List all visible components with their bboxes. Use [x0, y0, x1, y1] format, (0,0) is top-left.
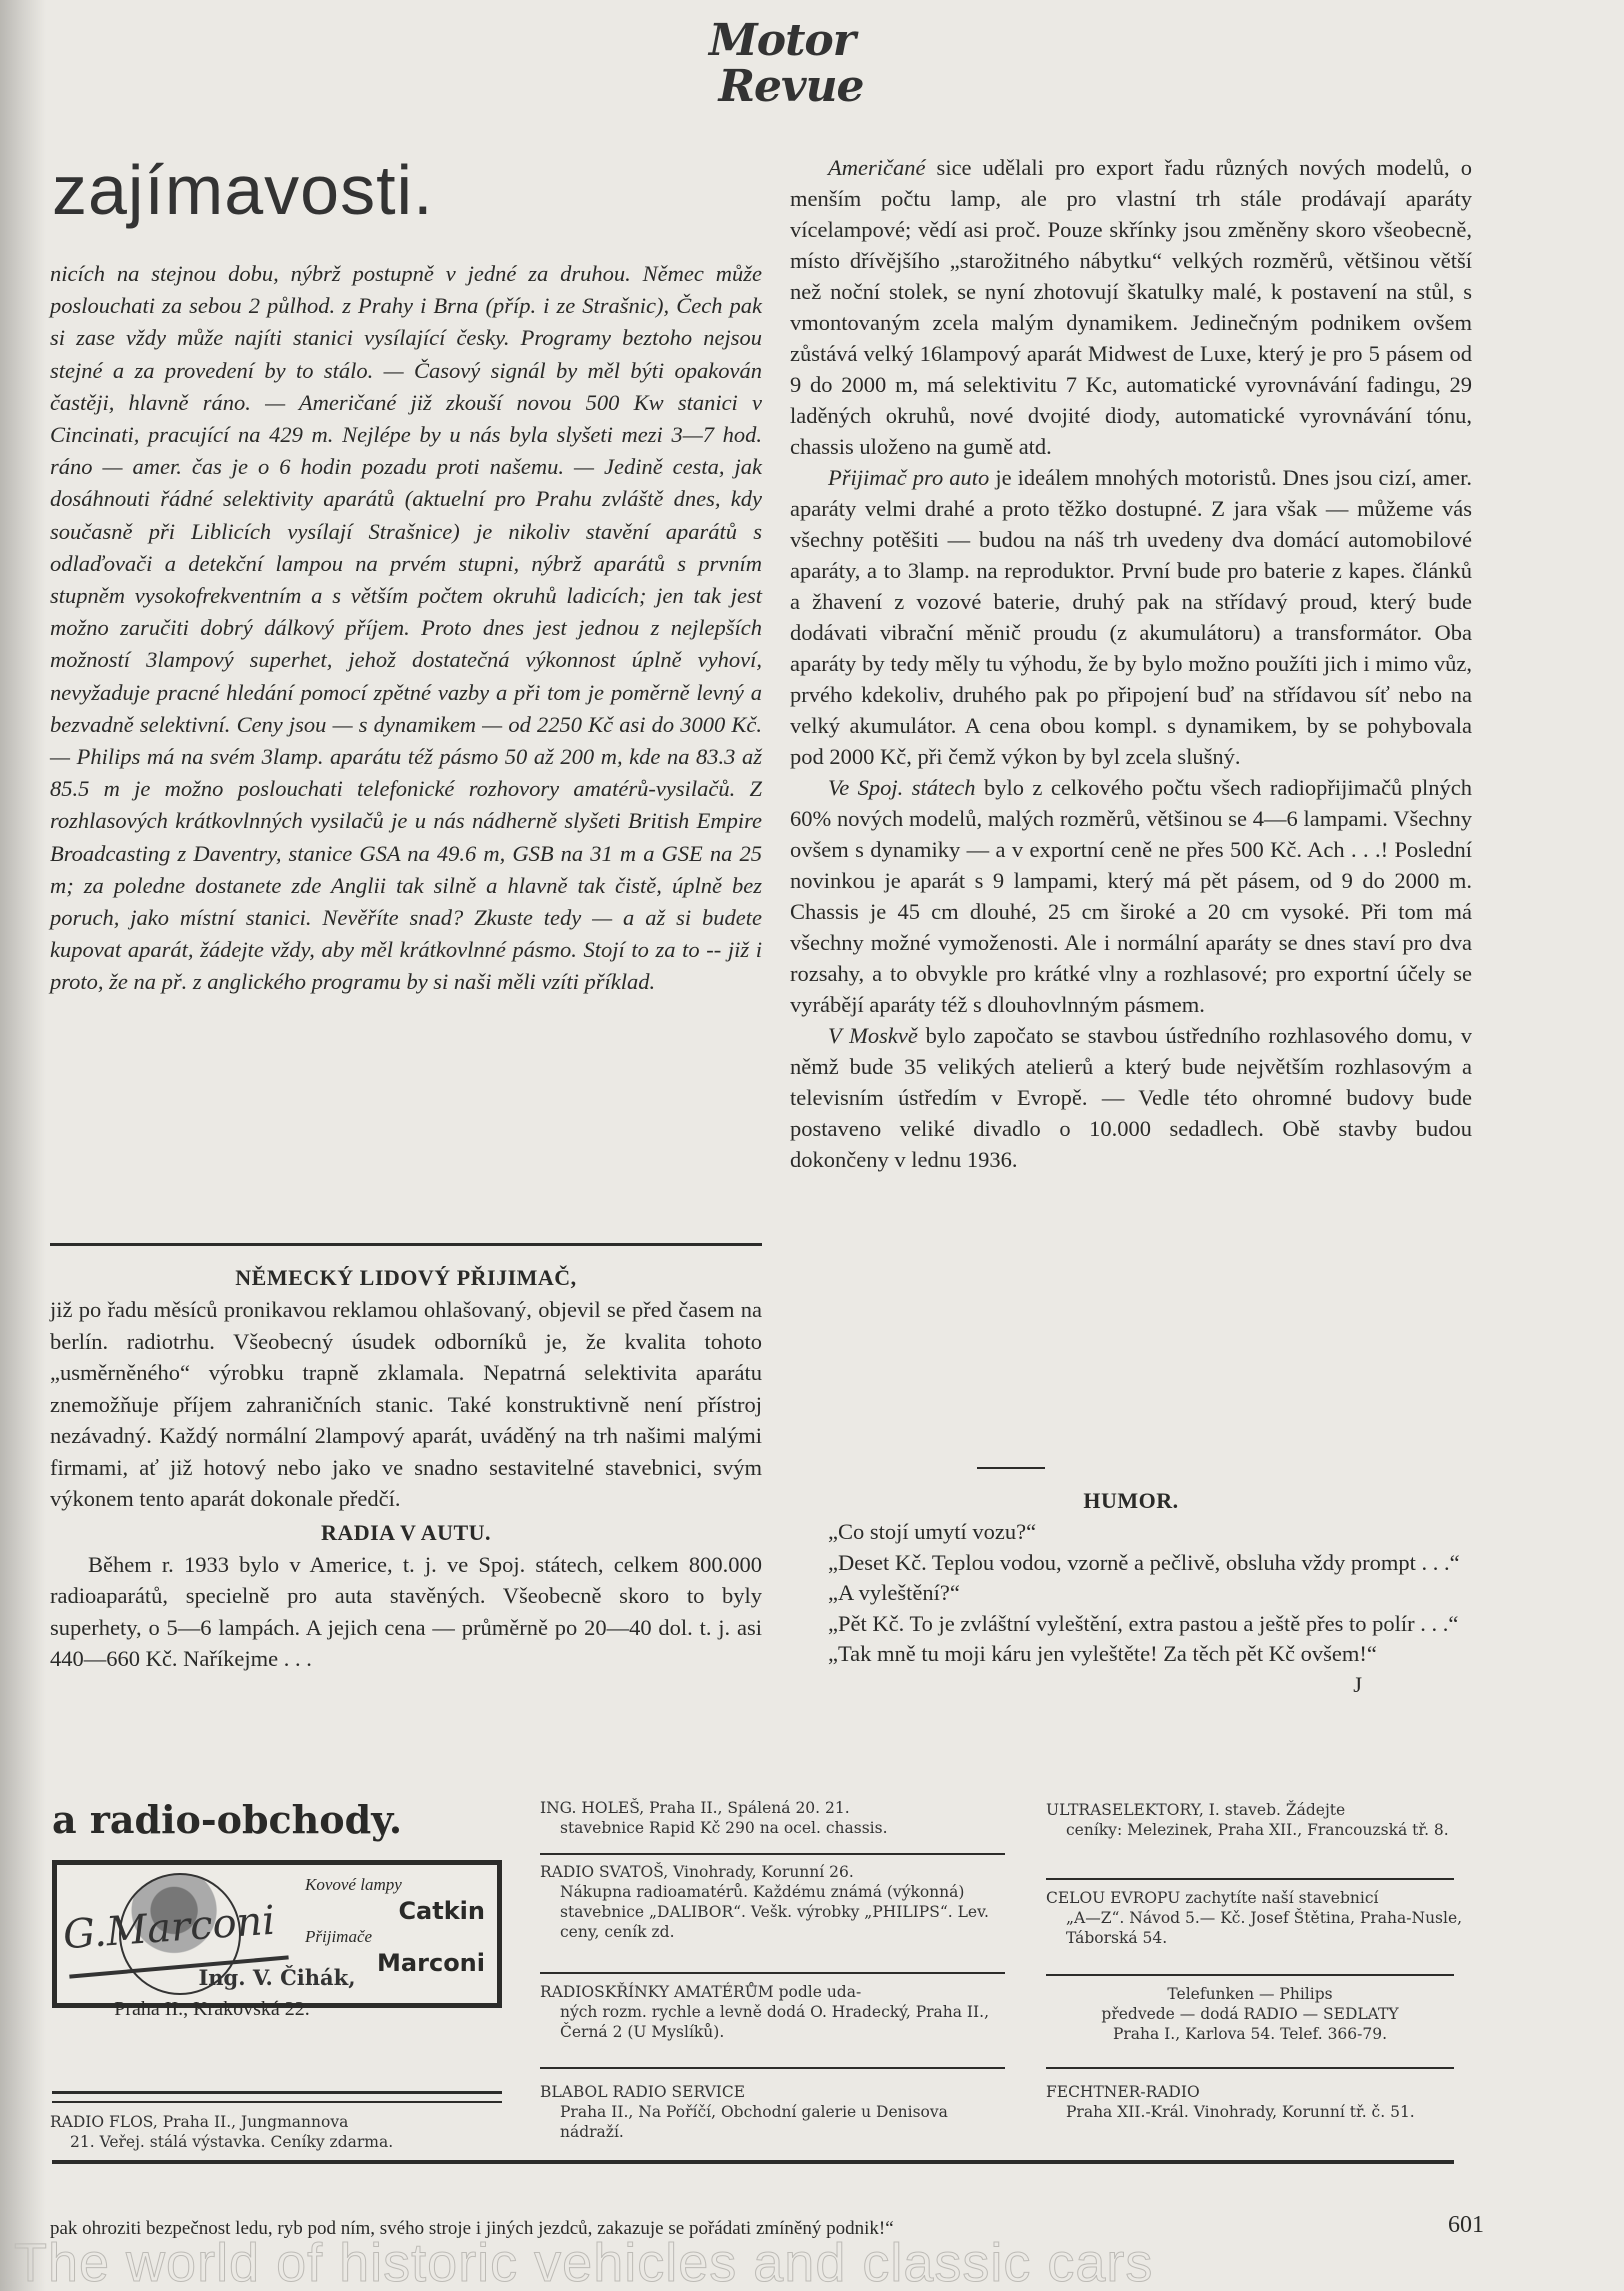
humor-signature: J [1315, 1670, 1362, 1701]
sedlaty-line-1: Telefunken — Philips [1046, 1984, 1454, 2004]
fechtner-cont: Praha XII.-Král. Vinohrady, Korunní tř. … [1046, 2102, 1466, 2122]
humor-line-1: „Co stojí umytí vozu?“ [790, 1517, 1472, 1548]
celou-evropu-head: CELOU EVROPU zachytíte naší stavebnicí [1046, 1888, 1466, 1908]
left-section-divider [50, 1243, 762, 1246]
moscow-paragraph: V Moskvě bylo započato se stavbou ústřed… [790, 1020, 1472, 1175]
ultraselektory-head: ULTRASELEKTORY, I. staveb. Žádejte [1046, 1800, 1466, 1820]
car-receiver-body: je ideálem mnohých motoristů. Dnes jsou … [790, 465, 1472, 769]
ad-rule [52, 2101, 502, 2103]
svatos-ad: RADIO SVATOŠ, Vinohrady, Korunní 26. Nák… [540, 1862, 1010, 1942]
page-binding-shadow [0, 0, 46, 2291]
radio-flos-ad: RADIO FLOS, Praha II., Jungmannova 21. V… [50, 2112, 502, 2152]
blabol-cont: Praha II., Na Poříčí, Obchodní galerie u… [540, 2102, 1010, 2142]
celou-evropu-cont: „A—Z“. Návod 5.— Kč. Josef Štětina, Prah… [1046, 1908, 1466, 1948]
sedlaty-ad: Telefunken — Philips předvede — dodá RAD… [1046, 1984, 1454, 2044]
german-receiver-heading: NĚMECKÝ LIDOVÝ PŘIJIMAČ, [50, 1262, 762, 1294]
usa-body: bylo z celkového počtu všech radiopřijim… [790, 775, 1472, 1017]
radioskrinky-cont: ných rozm. rychle a levně dodá O. Hradec… [540, 2002, 1010, 2042]
radioskrinky-head: RADIOSKŘÍNKY AMATÉRŮM podle uda- [540, 1982, 1010, 2002]
svatos-head: RADIO SVATOŠ, Vinohrady, Korunní 26. [540, 1862, 1010, 1882]
holes-cont: stavebnice Rapid Kč 290 na ocel. chassis… [540, 1818, 1010, 1838]
fechtner-ad: FECHTNER-RADIO Praha XII.-Král. Vinohrad… [1046, 2082, 1466, 2122]
watermark: The world of historic vehicles and class… [14, 2232, 1153, 2291]
humor-line-3: „A vyleštění?“ [790, 1578, 1472, 1609]
left-lower-articles: NĚMECKÝ LIDOVÝ PŘIJIMAČ, již po řadu měs… [50, 1262, 762, 1675]
marconi-box-bottom-rule [52, 2091, 502, 2094]
ad-rule [1046, 2067, 1454, 2069]
logo-line-1: Motor [692, 18, 872, 64]
radioskrinky-ad: RADIOSKŘÍNKY AMATÉRŮM podle uda- ných ro… [540, 1982, 1010, 2042]
svatos-cont: Nákupna radioamatérů. Každému známá (výk… [540, 1882, 1010, 1942]
car-radios-body: Během r. 1933 bylo v Americe, t. j. ve S… [50, 1549, 762, 1675]
ads-bottom-rule [52, 2160, 1454, 2164]
humor-separator [977, 1467, 1045, 1469]
marconi-ad-line-3: Přijimače [305, 1927, 372, 1947]
humor-line-5-text: „Tak mně tu moji káru jen vyleštěte! Za … [828, 1641, 1377, 1666]
right-column: Američané sice udělali pro export řadu r… [790, 152, 1472, 1175]
holes-head: ING. HOLEŠ, Praha II., Spálená 20. 21. [540, 1798, 1010, 1818]
radio-flos-cont: 21. Veřej. stálá výstavka. Ceníky zdarma… [50, 2132, 502, 2152]
marconi-ad-line-1: Kovové lampy [305, 1875, 402, 1895]
marconi-company-name: Ing. V. Čihák, [52, 1968, 502, 1988]
ad-rule [1046, 1974, 1454, 1976]
motor-revue-logo: Motor Revue [692, 18, 872, 128]
fechtner-head: FECHTNER-RADIO [1046, 2082, 1466, 2102]
ultraselektory-ad: ULTRASELEKTORY, I. staveb. Žádejte ceník… [1046, 1800, 1466, 1840]
holes-ad: ING. HOLEŠ, Praha II., Spálená 20. 21. s… [540, 1798, 1010, 1838]
ad-rule [1046, 1878, 1454, 1880]
americans-lead: Američané [828, 155, 925, 180]
left-column-paragraph: nicích na stejnou dobu, nýbrž postupně v… [50, 258, 762, 999]
humor-line-5: „Tak mně tu moji káru jen vyleštěte! Za … [790, 1639, 1472, 1670]
usa-paragraph: Ve Spoj. státech bylo z celkového počtu … [790, 772, 1472, 1020]
sedlaty-line-3: Praha I., Karlova 54. Telef. 366-79. [1046, 2024, 1454, 2044]
radio-flos-head: RADIO FLOS, Praha II., Jungmannova [50, 2112, 502, 2132]
ad-rule [540, 2067, 1005, 2069]
marconi-signature: G.Marconi [62, 1898, 277, 1959]
celou-evropu-ad: CELOU EVROPU zachytíte naší stavebnicí „… [1046, 1888, 1466, 1948]
americans-paragraph: Američané sice udělali pro export řadu r… [790, 152, 1472, 462]
car-receiver-lead: Přijimač pro auto [828, 465, 989, 490]
usa-lead: Ve Spoj. státech [828, 775, 976, 800]
blabol-ad: BLABOL RADIO SERVICE Praha II., Na Poříč… [540, 2082, 1010, 2142]
americans-body: sice udělali pro export řadu různých nov… [790, 155, 1472, 459]
marconi-address: Praha II., Krakovská 22. [62, 1998, 362, 2021]
page-number: 601 [1448, 2212, 1484, 2239]
humor-section: HUMOR. „Co stojí umytí vozu?“ „Deset Kč.… [790, 1485, 1472, 1700]
marconi-ad-line-2: Catkin [398, 1897, 485, 1925]
german-receiver-body: již po řadu měsíců pronikavou reklamou o… [50, 1294, 762, 1515]
blabol-head: BLABOL RADIO SERVICE [540, 2082, 1010, 2102]
marconi-company: Ing. V. Čihák, [198, 1965, 355, 1990]
ultraselektory-cont: ceníky: Melezinek, Praha XII., Francouzs… [1046, 1820, 1466, 1840]
ad-rule [540, 1972, 1005, 1974]
car-radios-heading: RADIA V AUTU. [50, 1517, 762, 1549]
humor-line-4: „Pět Kč. To je zvláštní vyleštění, extra… [790, 1609, 1472, 1640]
sedlaty-line-2: předvede — dodá RADIO — SEDLATY [1046, 2004, 1454, 2024]
ad-rule [540, 1853, 1005, 1855]
car-receiver-paragraph: Přijimač pro auto je ideálem mnohých mot… [790, 462, 1472, 772]
moscow-lead: V Moskvě [828, 1023, 918, 1048]
left-column: nicích na stejnou dobu, nýbrž postupně v… [50, 258, 762, 999]
humor-heading: HUMOR. [790, 1485, 1472, 1517]
ads-section-title: a radio-obchody. [52, 1797, 402, 1842]
logo-line-2: Revue [710, 64, 872, 110]
humor-line-2: „Deset Kč. Teplou vodou, vzorně a pečliv… [790, 1548, 1472, 1579]
section-title: zajímavosti. [52, 150, 434, 230]
